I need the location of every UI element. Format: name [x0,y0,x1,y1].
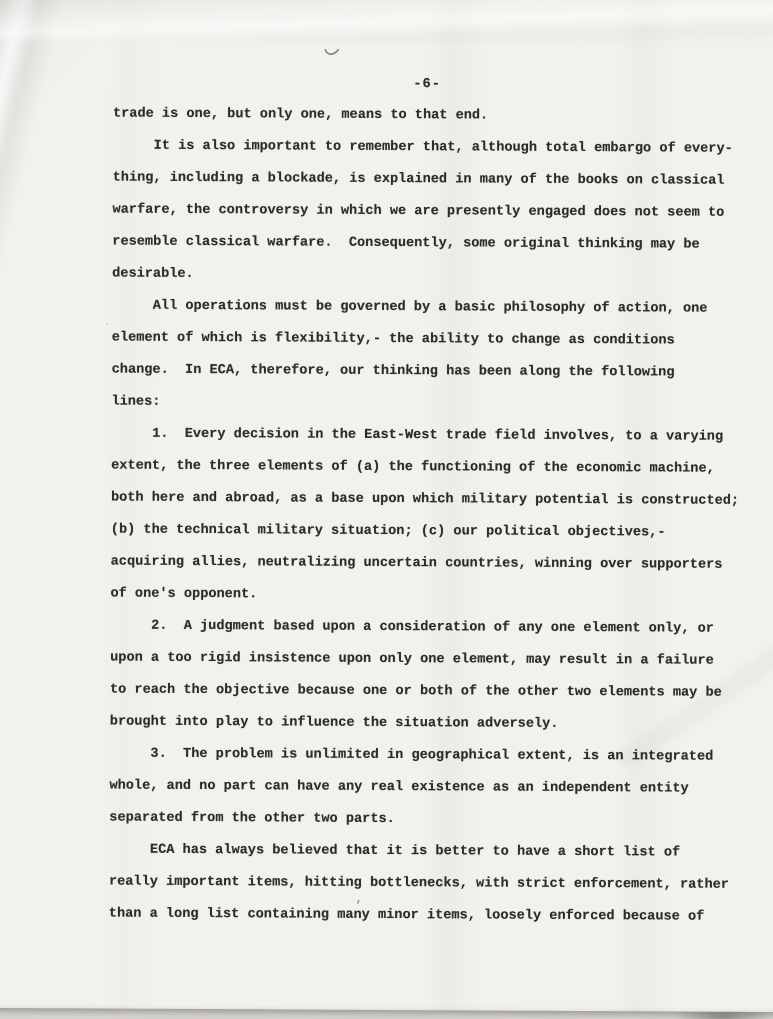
text-line: change. In ECA, therefore, our thinking … [112,355,772,390]
text-line: brought into play to influence the situa… [110,707,770,742]
text-line: extent, the three elements of (a) the fu… [111,451,771,486]
text-line: 3. The problem is unlimited in geographi… [110,739,770,774]
text-line: element of which is flexibility,- the ab… [112,323,772,358]
text-line: lines: [111,387,771,422]
typewritten-text: trade is one, but only one, means to tha… [109,99,773,934]
text-line: of one's opponent. [110,579,770,614]
text-line: All operations must be governed by a bas… [112,291,772,326]
text-line: 2. A judgment based upon a consideration… [110,611,770,646]
text-line: desirable. [112,259,772,294]
text-line: ECA has always believed that it is bette… [109,835,769,870]
text-line: both here and abroad, as a base upon whi… [111,483,771,518]
text-line: upon a too rigid insistence upon only on… [110,643,770,678]
text-line: resemble classical warfare. Consequently… [112,227,772,262]
page-number: -6- [113,73,741,98]
text-line: thing, including a blockade, is explaine… [113,163,773,198]
ink-speck: . [105,320,110,328]
text-line: separated from the other two parts. [109,803,769,838]
text-line: warfare, the controversy in which we are… [112,195,772,230]
text-line: (b) the technical military situation; (c… [111,515,771,550]
text-line: to reach the objective because one or bo… [110,675,770,710]
text-line: 1. Every decision in the East-West trade… [111,419,771,454]
text-line: trade is one, but only one, means to tha… [113,99,773,134]
paper-crease-top-left [0,0,78,335]
document-page: , . -6- trade is one, but only one, mean… [0,0,773,1012]
text-line: acquiring allies, neutralizing uncertain… [111,547,771,582]
pencil-mark [323,46,341,64]
text-line: than a long list containing many minor i… [109,899,769,934]
ink-speck: , [356,895,363,906]
text-line: really important items, hitting bottlene… [109,867,769,902]
text-line: whole, and no part can have any real exi… [109,771,769,806]
text-line: It is also important to remember that, a… [113,131,773,166]
